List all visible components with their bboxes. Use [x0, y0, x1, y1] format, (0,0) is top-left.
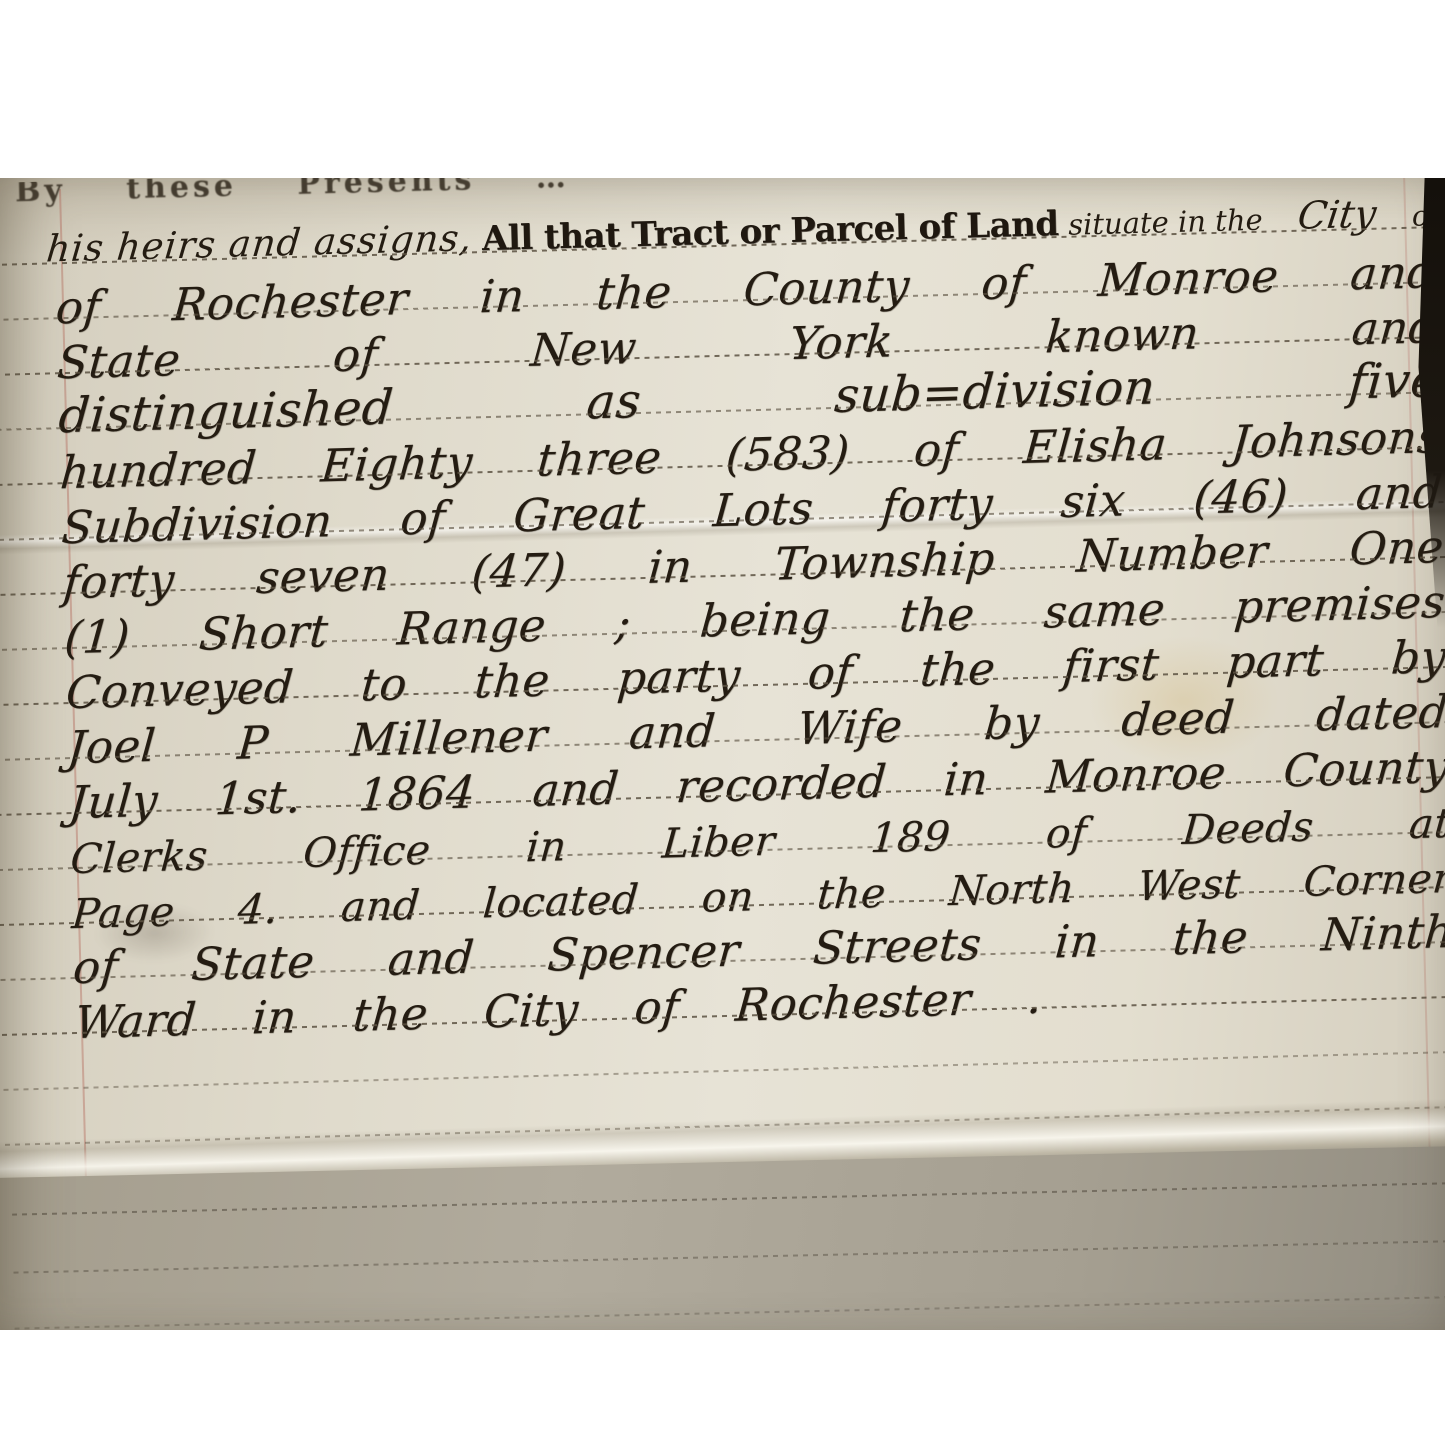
ruled-line-blank [13, 1240, 1445, 1274]
ruled-line-blank [15, 1296, 1445, 1330]
ruled-line-blank [12, 1182, 1445, 1216]
deed-paper-sheet: By these Presents … his heirs and assign… [0, 178, 1445, 1330]
under-sheet [0, 1145, 1445, 1330]
deed-photo: By these Presents … his heirs and assign… [0, 178, 1445, 1330]
screenshot-root: { "colors": { "letterbox": "#ffffff", "p… [0, 0, 1445, 1445]
ruled-lines-block: his heirs and assigns, All that Tract or… [16, 178, 1445, 1145]
